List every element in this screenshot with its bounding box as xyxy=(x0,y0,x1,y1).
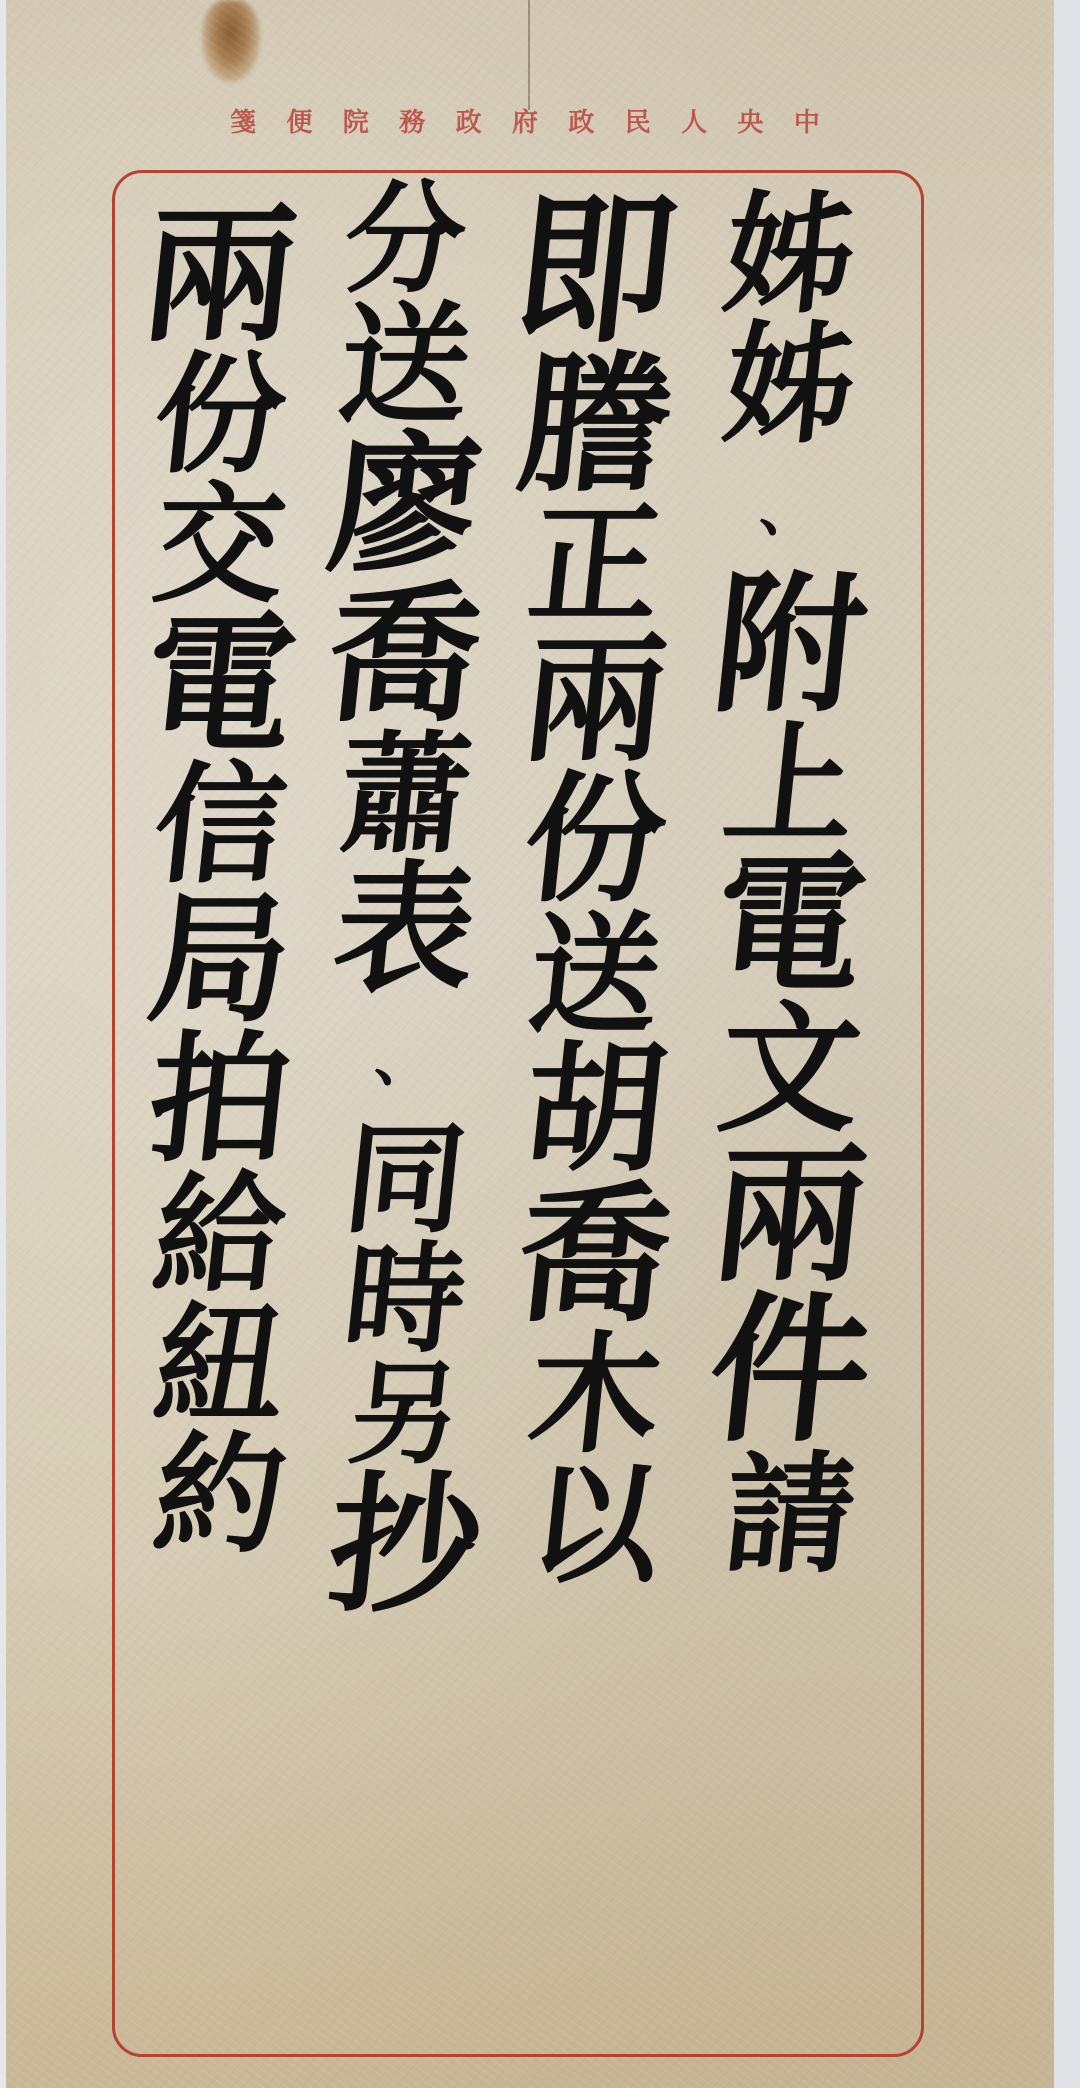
calligraphy-char: 木 xyxy=(523,1330,667,1460)
letterhead-char: 民 xyxy=(625,102,651,139)
calligraphy-char: 電 xyxy=(137,610,303,760)
calligraphy-char: 約 xyxy=(148,1430,292,1560)
text-column-3: 分 送 廖 喬 蕭 表 、 同 時 另 抄 xyxy=(305,180,505,1620)
ink-stain xyxy=(202,0,260,82)
letterhead-char: 人 xyxy=(681,102,707,139)
calligraphy-char: 即 xyxy=(507,190,684,350)
calligraphy-char: 喬 xyxy=(512,1180,678,1330)
calligraphy-char: 另 xyxy=(344,1360,466,1470)
calligraphy-char: 謄 xyxy=(512,350,678,500)
letterhead-char: 務 xyxy=(399,102,425,139)
paper-scratch xyxy=(528,0,530,110)
calligraphy-char: 上 xyxy=(718,720,862,850)
calligraphy-char: 姊 xyxy=(718,190,862,320)
calligraphy-char: 抄 xyxy=(322,1470,488,1620)
letterhead-char: 便 xyxy=(286,102,312,139)
calligraphy-char: 兩 xyxy=(707,1140,873,1290)
calligraphy-char: 局 xyxy=(143,890,298,1030)
calligraphy-char: 兩 xyxy=(518,630,673,770)
text-column-2: 即 謄 正 兩 份 送 胡 喬 木 以 xyxy=(495,190,695,1590)
calligraphy-char: 蕭 xyxy=(333,730,477,860)
text-column-1: 姊 姊 、 附 上 電 文 兩 件 請 xyxy=(690,190,890,1580)
calligraphy-char: 正 xyxy=(523,500,667,630)
calligraphy-char: 兩 xyxy=(137,200,303,350)
letterhead: 中 央 人 民 政 府 政 務 院 便 箋 xyxy=(230,100,820,140)
letterhead-char: 府 xyxy=(512,102,538,139)
letterhead-char: 院 xyxy=(343,102,369,139)
calligraphy-char: 附 xyxy=(707,570,873,720)
calligraphy-char: 胡 xyxy=(518,1040,673,1180)
calligraphy-char: 表 xyxy=(328,860,483,1000)
calligraphy-char: 件 xyxy=(702,1290,879,1450)
letterhead-char: 政 xyxy=(456,102,482,139)
calligraphy-char: 、 xyxy=(754,450,827,570)
calligraphy-char: 紐 xyxy=(148,1300,292,1430)
document-photo: 中 央 人 民 政 府 政 務 院 便 箋 姊 姊 、 附 上 電 文 兩 件 … xyxy=(0,0,1080,2088)
calligraphy-char: 交 xyxy=(148,480,292,610)
calligraphy-char: 給 xyxy=(148,1170,292,1300)
calligraphy-char: 姊 xyxy=(718,320,862,450)
letterhead-char: 政 xyxy=(568,102,594,139)
calligraphy-char: 送 xyxy=(523,910,667,1040)
calligraphy-char: 份 xyxy=(518,770,673,910)
calligraphy-char: 份 xyxy=(148,350,292,480)
text-column-4: 兩 份 交 電 信 局 拍 給 紐 約 xyxy=(120,200,320,1560)
calligraphy-char: 送 xyxy=(333,300,477,430)
calligraphy-char: 喬 xyxy=(322,580,488,730)
letterhead-char: 中 xyxy=(794,102,820,139)
calligraphy-char: 廖 xyxy=(322,430,488,580)
calligraphy-char: 分 xyxy=(339,180,472,300)
calligraphy-char: 請 xyxy=(718,1450,862,1580)
calligraphy-char: 信 xyxy=(148,760,292,890)
calligraphy-char: 拍 xyxy=(143,1030,298,1170)
calligraphy-char: 文 xyxy=(713,1000,868,1140)
calligraphy-char: 時 xyxy=(339,1240,472,1360)
calligraphy-char: 以 xyxy=(523,1460,667,1590)
letterhead-char: 央 xyxy=(738,102,764,139)
calligraphy-char: 電 xyxy=(707,850,873,1000)
letterhead-char: 箋 xyxy=(230,102,256,139)
calligraphy-char: 同 xyxy=(339,1120,472,1240)
calligraphy-char: 、 xyxy=(369,1000,442,1120)
